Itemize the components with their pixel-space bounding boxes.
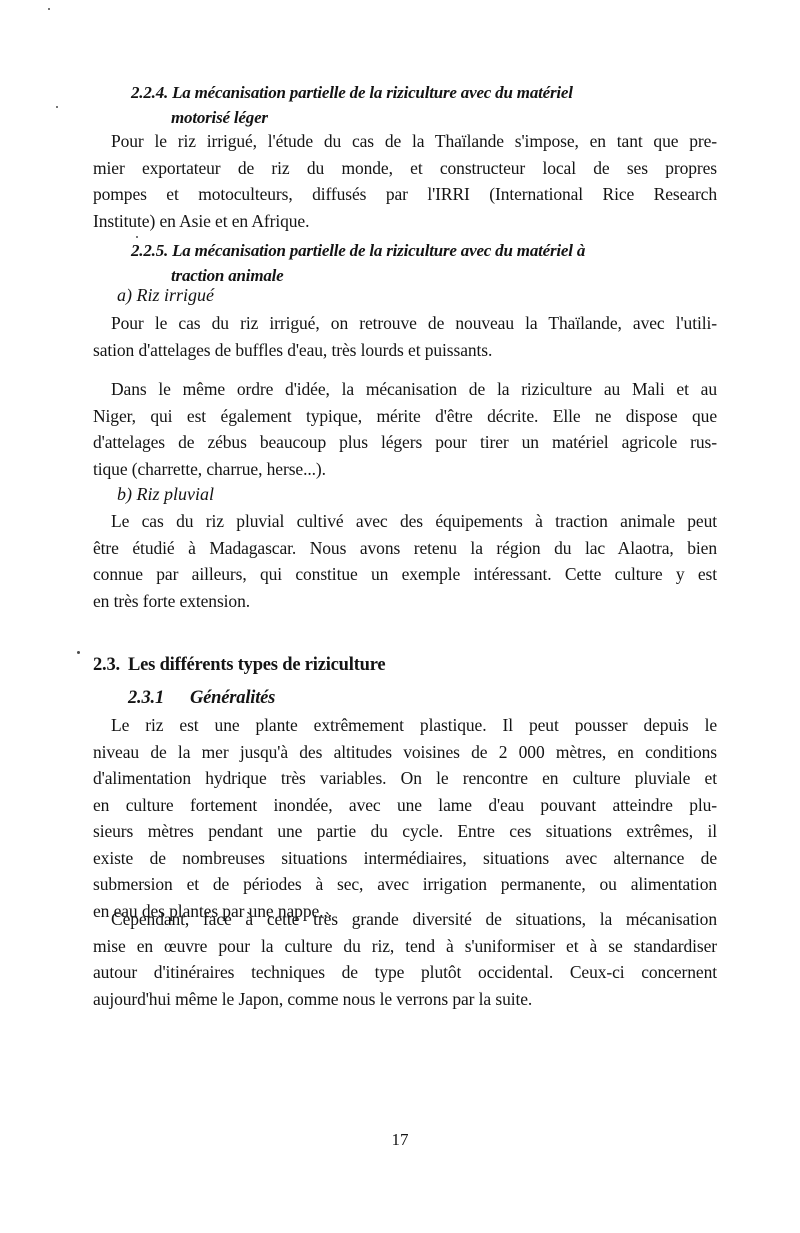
heading-text: Les différents types de riziculture xyxy=(128,655,385,675)
text-line: aujourd'hui même le Japon, comme nous le… xyxy=(93,986,717,1013)
text-line: existe de nombreuses situations interméd… xyxy=(93,845,717,872)
text-line: en culture fortement inondée, avec une l… xyxy=(93,792,717,819)
scan-noise-speck xyxy=(56,106,58,108)
heading-line: motorisé léger xyxy=(93,105,717,130)
section-heading-h23: 2.3.Les différents types de riziculture xyxy=(93,653,717,677)
heading-text: Généralités xyxy=(190,688,275,708)
paragraph-p5: Le riz est une plante extrêmement plasti… xyxy=(93,712,717,924)
text-line: submersion et de périodes à sec, avec ir… xyxy=(93,871,717,898)
label-italic-la: a) Riz irrigué xyxy=(93,283,741,308)
text-line: mise en œuvre pour la culture du riz, te… xyxy=(93,933,717,960)
text-line: Pour le cas du riz irrigué, on retrouve … xyxy=(93,310,717,337)
heading-italic-h224: 2.2.4. La mécanisation partielle de la r… xyxy=(93,80,717,130)
heading-italic-h225: 2.2.5. La mécanisation partielle de la r… xyxy=(93,238,717,288)
paragraph-p6: Cependant, face à cette très grande dive… xyxy=(93,906,717,1012)
text-line: tique (charrette, charrue, herse...). xyxy=(93,456,717,483)
scan-noise-speck xyxy=(77,651,80,654)
subsection-heading-h231: 2.3.1Généralités xyxy=(93,686,752,710)
heading-number: 2.3. xyxy=(93,653,128,677)
text-line: Le cas du riz pluvial cultivé avec des é… xyxy=(93,508,717,535)
text-line: sieurs mètres pendant une partie du cycl… xyxy=(93,818,717,845)
text-line: Dans le même ordre d'idée, la mécanisati… xyxy=(93,376,717,403)
paragraph-p3: Dans le même ordre d'idée, la mécanisati… xyxy=(93,376,717,482)
paragraph-p4: Le cas du riz pluvial cultivé avec des é… xyxy=(93,508,717,614)
text-line: autour d'itinéraires techniques de type … xyxy=(93,959,717,986)
paragraph-p1: Pour le riz irrigué, l'étude du cas de l… xyxy=(93,128,717,234)
scan-noise-speck xyxy=(48,8,50,10)
page-number: 17 xyxy=(0,1130,800,1150)
scanned-document-page: 2.2.4. La mécanisation partielle de la r… xyxy=(0,0,800,1233)
text-line: sation d'attelages de buffles d'eau, trè… xyxy=(93,337,717,364)
text-line: niveau de la mer jusqu'à des altitudes v… xyxy=(93,739,717,766)
paragraph-p2: Pour le cas du riz irrigué, on retrouve … xyxy=(93,310,717,363)
text-line: Niger, qui est également typique, mérite… xyxy=(93,403,717,430)
text-line: être étudié à Madagascar. Nous avons ret… xyxy=(93,535,717,562)
heading-number: 2.3.1 xyxy=(128,686,190,710)
heading-line: 2.2.5. La mécanisation partielle de la r… xyxy=(93,238,717,263)
text-line: d'attelages de zébus beaucoup plus léger… xyxy=(93,429,717,456)
label-italic-lb: b) Riz pluvial xyxy=(93,482,741,507)
text-line: pompes et motoculteurs, diffusés par l'I… xyxy=(93,181,717,208)
text-line: mier exportateur de riz du monde, et con… xyxy=(93,155,717,182)
text-line: Le riz est une plante extrêmement plasti… xyxy=(93,712,717,739)
text-line: en très forte extension. xyxy=(93,588,717,615)
heading-line: 2.2.4. La mécanisation partielle de la r… xyxy=(93,80,717,105)
text-line: d'alimentation hydrique très variables. … xyxy=(93,765,717,792)
text-line: connue par ailleurs, qui constitue un ex… xyxy=(93,561,717,588)
text-line: Institute) en Asie et en Afrique. xyxy=(93,208,717,235)
text-line: Pour le riz irrigué, l'étude du cas de l… xyxy=(93,128,717,155)
text-line: Cependant, face à cette très grande dive… xyxy=(93,906,717,933)
